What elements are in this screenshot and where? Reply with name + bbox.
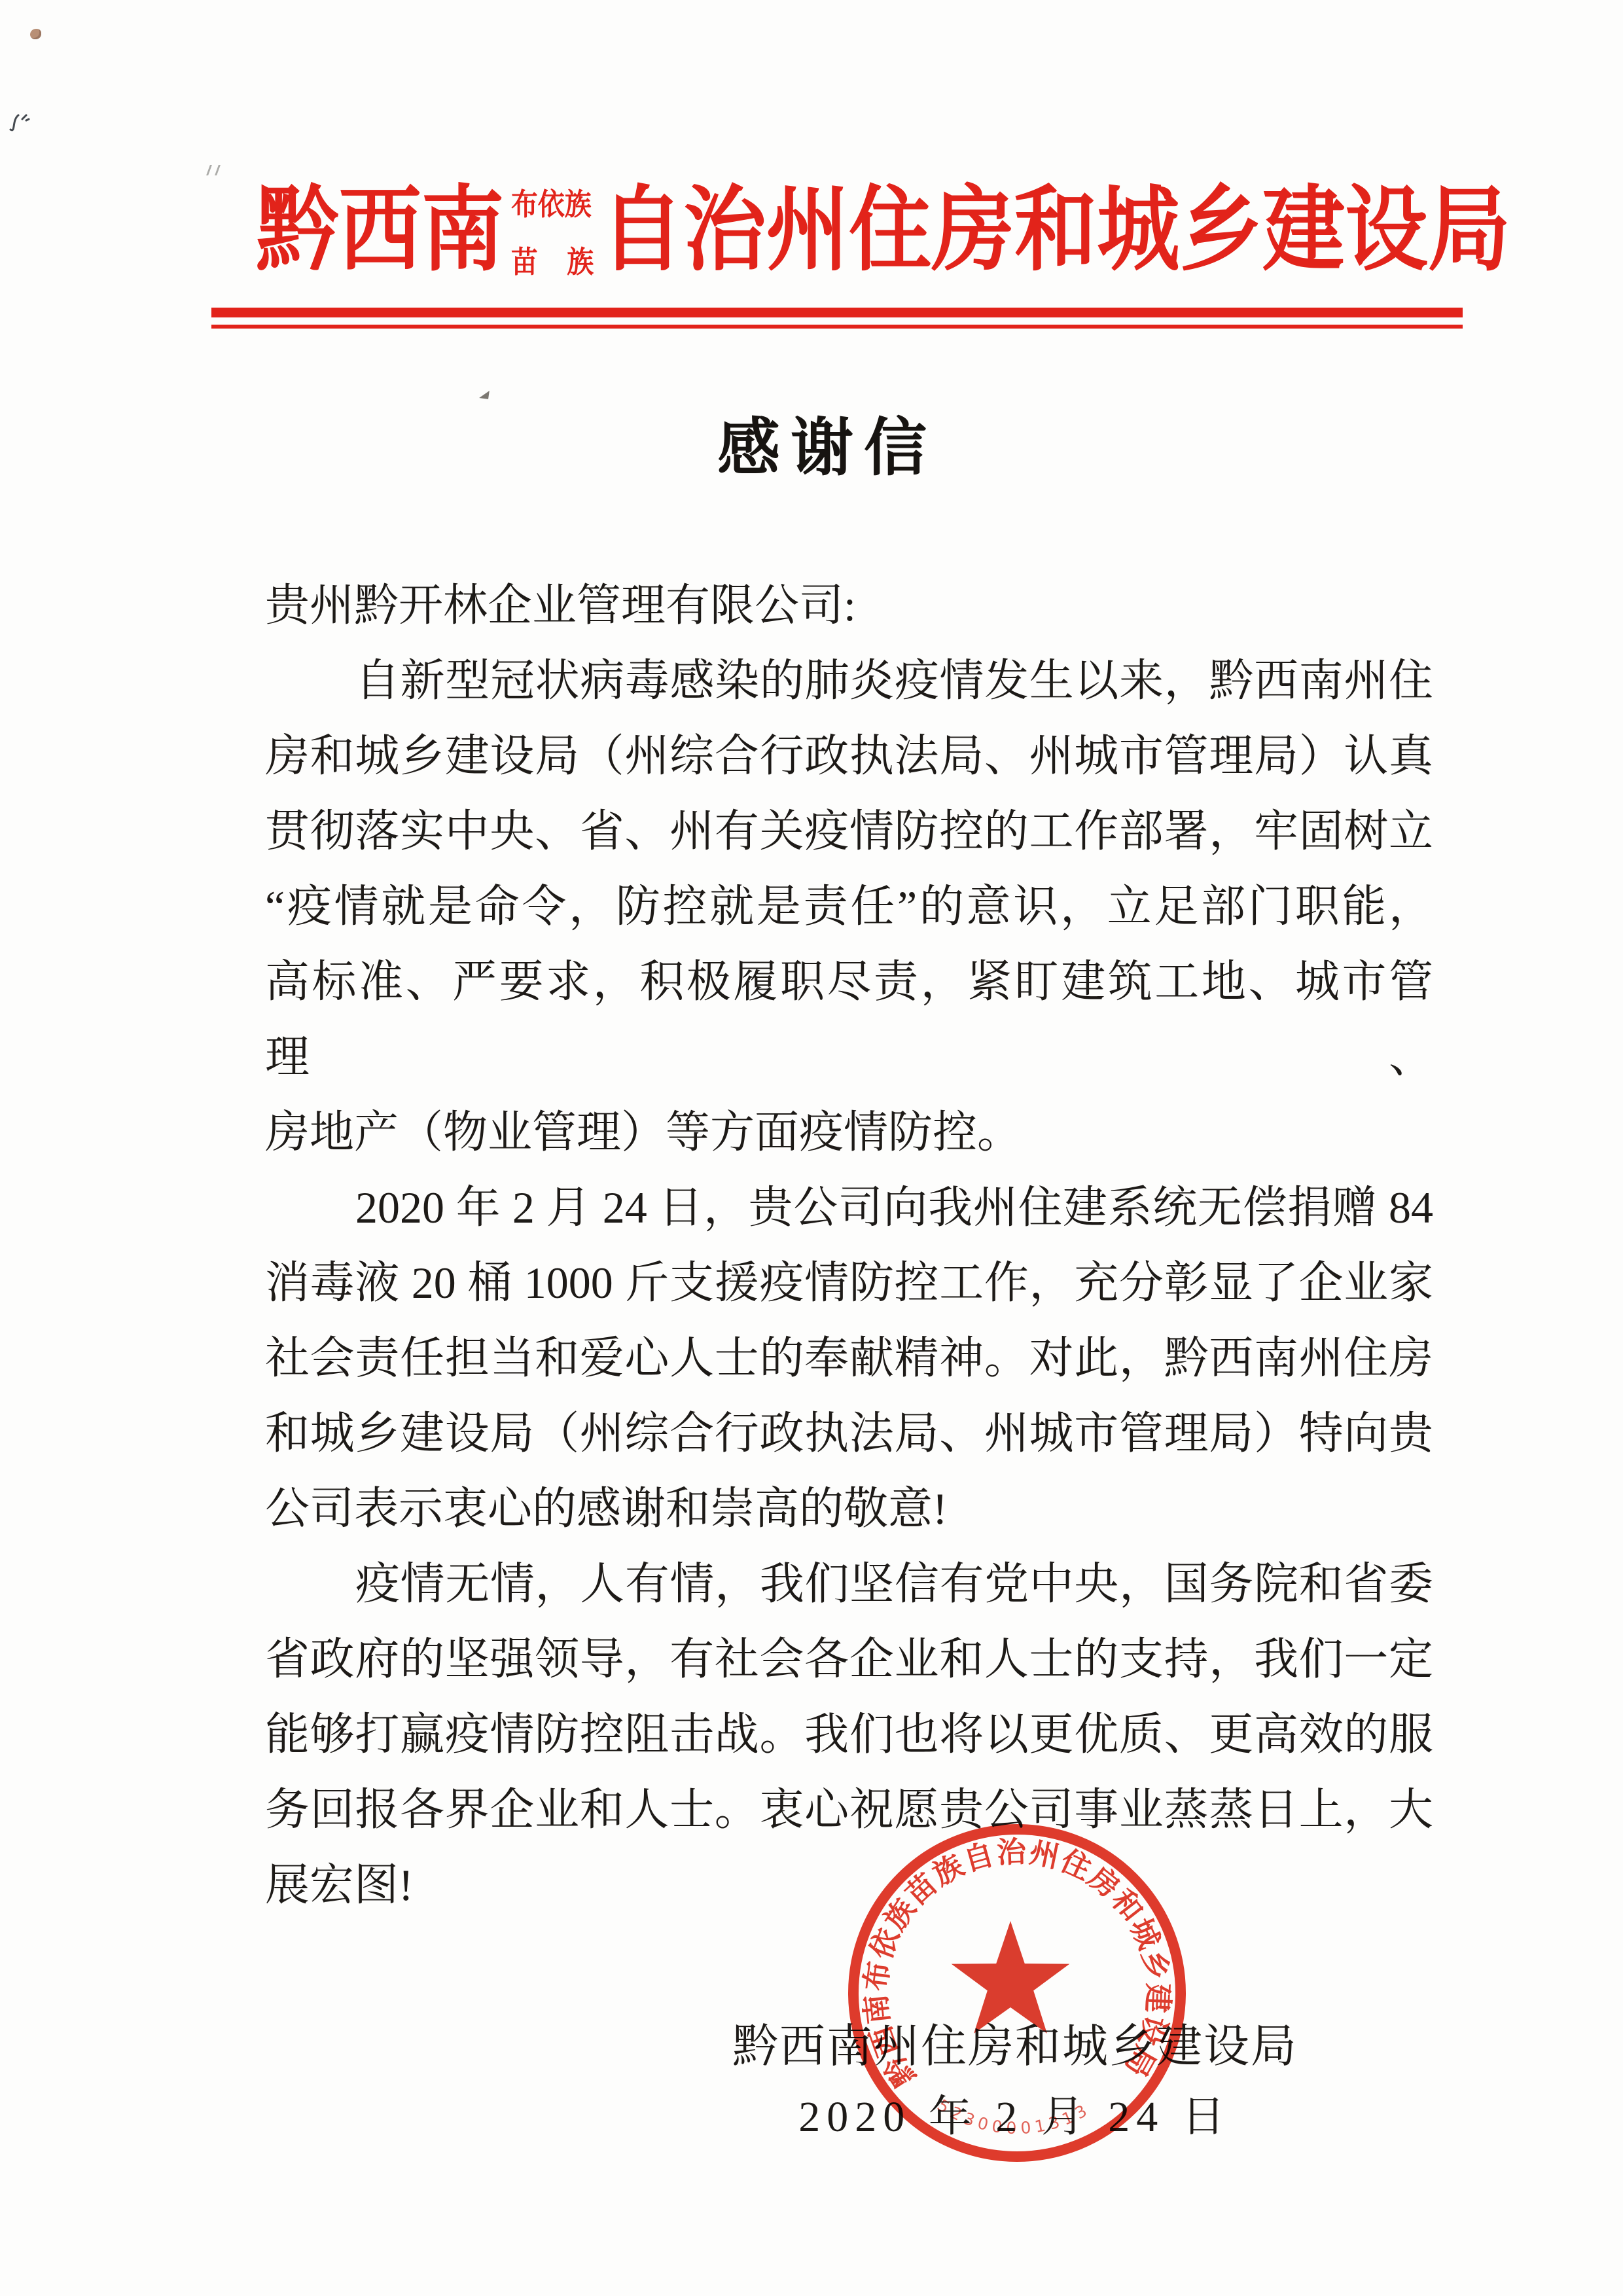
- ethnic-char-miao: 苗: [511, 247, 538, 278]
- letter-title: 感谢信: [0, 398, 1623, 488]
- salutation: 贵州黔开林企业管理有限公司:: [265, 568, 1433, 643]
- letter-body: 贵州黔开林企业管理有限公司: 自新型冠状病毒感染的肺炎疫情发生以来，黔西南州住 …: [265, 568, 1433, 1923]
- letterhead-ethnic-stack: 布依族 苗 族: [511, 190, 594, 278]
- body-line: 消毒液 20 桶 1000 斤支援疫情防控工作，充分彰显了企业家: [265, 1246, 1433, 1321]
- letterhead: 黔西南 布依族 苗 族 自治州住房和城乡建设局: [256, 183, 1510, 278]
- body-line: 房地产（物业管理）等方面疫情防控。: [265, 1095, 1433, 1170]
- letterhead-rule-thin: [211, 325, 1463, 329]
- letterhead-suffix: 自治州住房和城乡建设局: [601, 183, 1510, 278]
- scan-speck: [30, 29, 41, 39]
- body-line: 2020 年 2 月 24 日，贵公司向我州住建系统无偿捐赠 84: [265, 1170, 1433, 1246]
- body-line: 房和城乡建设局（州综合行政执法局、州城市管理局）认真: [265, 719, 1433, 794]
- scan-squiggle: [7, 111, 33, 134]
- official-seal: 黔西南布依族苗族自治州住房和城乡建设局 5230000131321: [832, 1808, 1202, 2178]
- letterhead-rule-thick: [211, 308, 1463, 317]
- scan-mark: [206, 165, 221, 175]
- body-line: 公司表示衷心的感谢和崇高的敬意!: [265, 1471, 1433, 1547]
- ethnic-char-zu: 族: [567, 247, 594, 278]
- body-line: 高标准、严要求，积极履职尽责，紧盯建筑工地、城市管理、: [265, 944, 1433, 1095]
- thank-you-letter-page: 黔西南 布依族 苗 族 自治州住房和城乡建设局 感谢信 贵州黔开林企业管理有限公…: [0, 0, 1623, 2296]
- ethnic-line-2: 苗 族: [511, 247, 594, 278]
- body-line: 贯彻落实中央、省、州有关疫情防控的工作部署，牢固树立: [265, 794, 1433, 869]
- body-line: 自新型冠状病毒感染的肺炎疫情发生以来，黔西南州住: [265, 643, 1433, 719]
- seal-star-icon: [952, 1921, 1070, 2034]
- body-line: 能够打赢疫情防控阻击战。我们也将以更优质、更高效的服: [265, 1697, 1433, 1772]
- body-line: 社会责任担当和爱心人士的奉献精神。对此，黔西南州住房: [265, 1321, 1433, 1396]
- body-line: “疫情就是命令，防控就是责任”的意识，立足部门职能，: [265, 869, 1433, 944]
- body-line: 省政府的坚强领导，有社会各企业和人士的支持，我们一定: [265, 1622, 1433, 1697]
- body-line: 和城乡建设局（州综合行政执法局、州城市管理局）特向贵: [265, 1396, 1433, 1471]
- ethnic-line-1: 布依族: [511, 190, 594, 220]
- letterhead-prefix: 黔西南: [256, 183, 504, 278]
- body-line: 疫情无情，人有情，我们坚信有党中央，国务院和省委: [265, 1547, 1433, 1622]
